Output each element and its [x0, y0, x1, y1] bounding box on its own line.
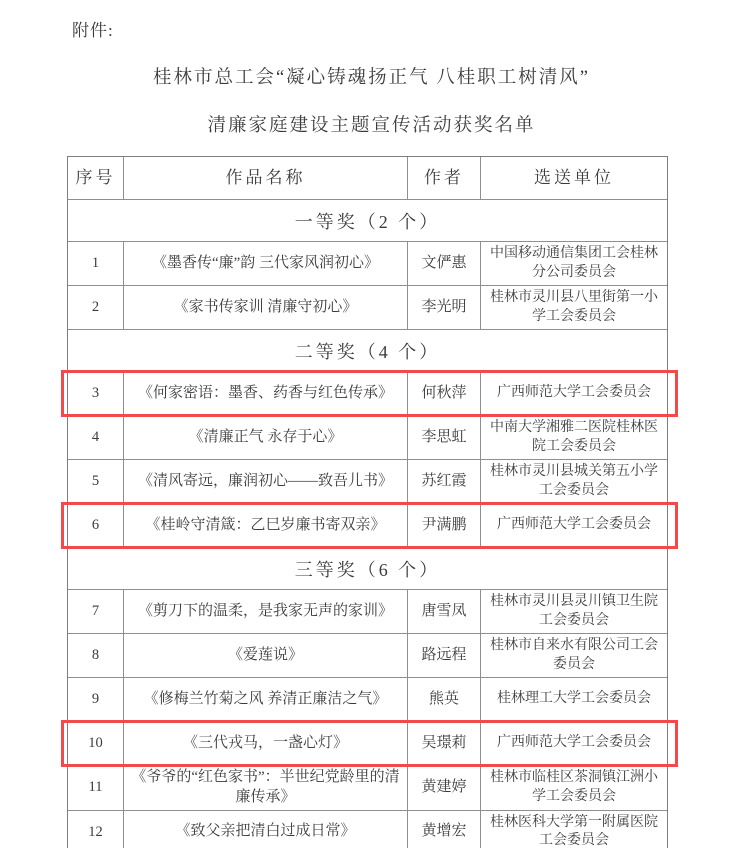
table-row: 1《墨香传“廉”韵 三代家风润初心》文俨惠中国移动通信集团工会桂林分公司委员会	[68, 241, 667, 285]
table-row: 7《剪刀下的温柔，是我家无声的家训》唐雪凤桂林市灵川县灵川镇卫生院工会委员会	[68, 589, 667, 633]
table-row: 9《修梅兰竹菊之风 养清正廉洁之气》熊英桂林理工大学工会委员会	[68, 677, 667, 721]
prize-section-header: 三等奖（6 个）	[68, 547, 667, 589]
cell-author: 文俨惠	[407, 242, 480, 285]
table-row-highlighted: 10《三代戎马，一盏心灯》吴璟莉广西师范大学工会委员会	[68, 721, 667, 765]
table-row-highlighted: 6《桂岭守清箴：乙巳岁廉书寄双亲》尹满鹏广西师范大学工会委员会	[68, 503, 667, 547]
table-row-highlighted: 3《何家密语：墨香、药香与红色传承》何秋萍广西师范大学工会委员会	[68, 371, 667, 415]
cell-no: 3	[68, 372, 123, 415]
header-work-title: 作品名称	[123, 157, 407, 199]
cell-unit: 桂林市灵川县城关第五小学工会委员会	[480, 460, 667, 503]
cell-title: 《桂岭守清箴：乙巳岁廉书寄双亲》	[123, 504, 407, 547]
cell-author: 尹满鹏	[407, 504, 480, 547]
header-unit: 选送单位	[480, 157, 667, 199]
cell-unit: 广西师范大学工会委员会	[480, 722, 667, 765]
table-header-row: 序号 作品名称 作者 选送单位	[68, 157, 667, 199]
cell-author: 黄建婷	[407, 766, 480, 810]
cell-author: 苏红霞	[407, 460, 480, 503]
cell-author: 何秋萍	[407, 372, 480, 415]
table-body: 一等奖（2 个）1《墨香传“廉”韵 三代家风润初心》文俨惠中国移动通信集团工会桂…	[68, 199, 667, 848]
cell-unit: 桂林医科大学第一附属医院工会委员会	[480, 811, 667, 848]
document-title-line1: 桂林市总工会“凝心铸魂扬正气 八桂职工树清风”	[0, 63, 743, 89]
cell-title: 《修梅兰竹菊之风 养清正廉洁之气》	[123, 678, 407, 721]
award-table: 序号 作品名称 作者 选送单位 一等奖（2 个）1《墨香传“廉”韵 三代家风润初…	[67, 156, 668, 848]
cell-unit: 桂林市自来水有限公司工会委员会	[480, 634, 667, 677]
cell-title: 《剪刀下的温柔，是我家无声的家训》	[123, 590, 407, 633]
cell-title: 《家书传家训 清廉守初心》	[123, 286, 407, 329]
cell-unit: 中南大学湘雅二医院桂林医院工会委员会	[480, 416, 667, 459]
cell-author: 黄增宏	[407, 811, 480, 848]
cell-no: 8	[68, 634, 123, 677]
header-no: 序号	[68, 157, 123, 199]
cell-unit: 桂林市临桂区茶洞镇江洲小学工会委员会	[480, 766, 667, 810]
document-title-line2: 清廉家庭建设主题宣传活动获奖名单	[0, 111, 743, 137]
table-row: 12《致父亲把清白过成日常》黄增宏桂林医科大学第一附属医院工会委员会	[68, 810, 667, 848]
table-row: 4《清廉正气 永存于心》李思虹中南大学湘雅二医院桂林医院工会委员会	[68, 415, 667, 459]
cell-no: 10	[68, 722, 123, 765]
cell-no: 12	[68, 811, 123, 848]
cell-no: 5	[68, 460, 123, 503]
cell-title: 《何家密语：墨香、药香与红色传承》	[123, 372, 407, 415]
cell-title: 《清廉正气 永存于心》	[123, 416, 407, 459]
attachment-label: 附件:	[72, 16, 743, 41]
table-row: 2《家书传家训 清廉守初心》李光明桂林市灵川县八里街第一小学工会委员会	[68, 285, 667, 329]
cell-no: 11	[68, 766, 123, 810]
cell-author: 李光明	[407, 286, 480, 329]
cell-title: 《清风寄远，廉润初心——致吾儿书》	[123, 460, 407, 503]
cell-author: 唐雪凤	[407, 590, 480, 633]
cell-author: 熊英	[407, 678, 480, 721]
scanned-document-page: { "page": { "attachment_label": "附件:", "…	[0, 0, 743, 848]
cell-unit: 中国移动通信集团工会桂林分公司委员会	[480, 242, 667, 285]
cell-unit: 广西师范大学工会委员会	[480, 504, 667, 547]
cell-title: 《爷爷的“红色家书”：半世纪党龄里的清廉传承》	[123, 766, 407, 810]
table-row: 8《爱莲说》路远程桂林市自来水有限公司工会委员会	[68, 633, 667, 677]
cell-no: 9	[68, 678, 123, 721]
cell-author: 路远程	[407, 634, 480, 677]
cell-author: 吴璟莉	[407, 722, 480, 765]
cell-author: 李思虹	[407, 416, 480, 459]
header-author: 作者	[407, 157, 480, 199]
cell-unit: 桂林市灵川县八里街第一小学工会委员会	[480, 286, 667, 329]
cell-no: 4	[68, 416, 123, 459]
cell-title: 《爱莲说》	[123, 634, 407, 677]
cell-title: 《三代戎马，一盏心灯》	[123, 722, 407, 765]
prize-section-header: 一等奖（2 个）	[68, 199, 667, 241]
cell-unit: 桂林理工大学工会委员会	[480, 678, 667, 721]
table-row: 5《清风寄远，廉润初心——致吾儿书》苏红霞桂林市灵川县城关第五小学工会委员会	[68, 459, 667, 503]
cell-unit: 广西师范大学工会委员会	[480, 372, 667, 415]
cell-no: 2	[68, 286, 123, 329]
prize-section-header: 二等奖（4 个）	[68, 329, 667, 371]
cell-title: 《墨香传“廉”韵 三代家风润初心》	[123, 242, 407, 285]
cell-no: 6	[68, 504, 123, 547]
cell-no: 1	[68, 242, 123, 285]
table-row: 11《爷爷的“红色家书”：半世纪党龄里的清廉传承》黄建婷桂林市临桂区茶洞镇江洲小…	[68, 765, 667, 810]
cell-unit: 桂林市灵川县灵川镇卫生院工会委员会	[480, 590, 667, 633]
cell-title: 《致父亲把清白过成日常》	[123, 811, 407, 848]
cell-no: 7	[68, 590, 123, 633]
